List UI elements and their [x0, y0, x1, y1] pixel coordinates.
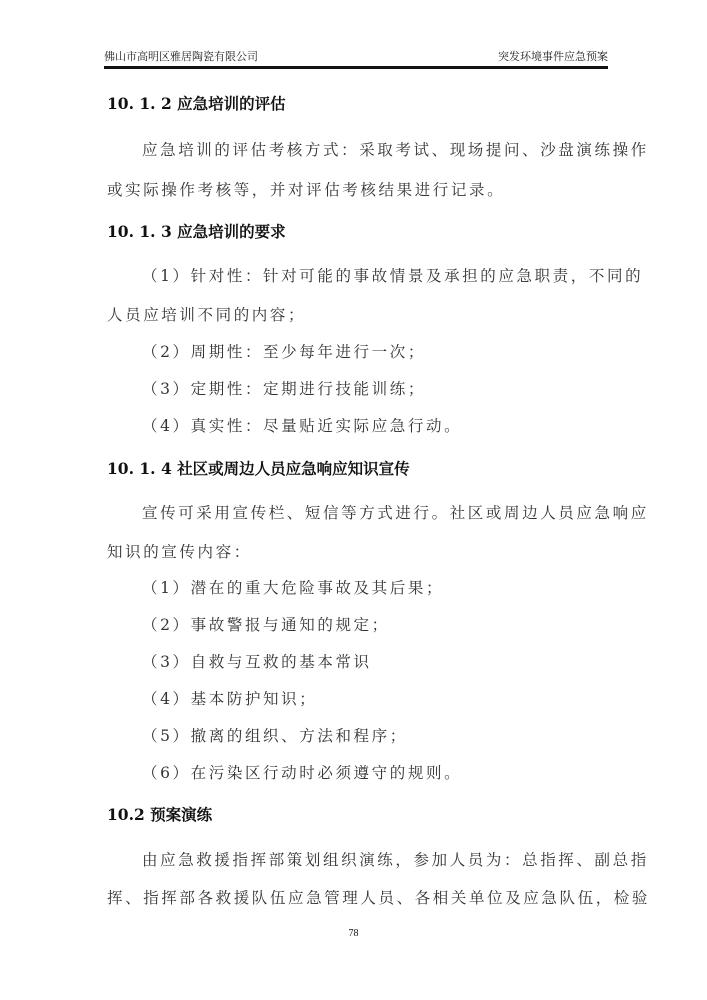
paragraph-line: 知识的宣传内容： [107, 540, 252, 562]
list-item: （2）事故警报与通知的规定； [142, 613, 390, 635]
list-item: （6）在污染区行动时必须遵守的规则。 [142, 761, 462, 783]
page-number: 78 [0, 928, 707, 939]
section-heading-10-1-2: 10. 1. 2 应急培训的评估 [107, 92, 286, 114]
header-rule [104, 66, 608, 69]
paragraph-line: 人员应培训不同的内容； [107, 303, 306, 325]
list-item: （2）周期性：至少每年进行一次； [142, 340, 426, 362]
list-item: （5）撤离的组织、方法和程序； [142, 724, 408, 746]
paragraph-line: 应急培训的评估考核方式：采取考试、现场提问、沙盘演练操作 [142, 138, 649, 160]
paragraph-line: 由应急救援指挥部策划组织演练，参加人员为：总指挥、副总指 [142, 848, 649, 870]
paragraph-line: 挥、指挥部各救援队伍应急管理人员、各相关单位及应急队伍，检验 [107, 886, 650, 908]
list-item: （1）潜在的重大危险事故及其后果； [142, 576, 444, 598]
paragraph-line: 宣传可采用宣传栏、短信等方式进行。社区或周边人员应急响应 [142, 501, 649, 523]
list-item: （4）基本防护知识； [142, 687, 317, 709]
section-heading-10-2: 10.2 预案演练 [107, 803, 212, 825]
header-company: 佛山市高明区雅居陶瓷有限公司 [104, 48, 258, 64]
list-item: （4）真实性：尽量贴近实际应急行动。 [142, 414, 462, 436]
section-heading-10-1-4: 10. 1. 4 社区或周边人员应急响应知识宣传 [107, 457, 410, 479]
paragraph-line: 或实际操作考核等，并对评估考核结果进行记录。 [107, 178, 505, 200]
list-item: （1）针对性：针对可能的事故情景及承担的应急职责，不同的 [142, 264, 643, 286]
section-heading-10-1-3: 10. 1. 3 应急培训的要求 [107, 220, 286, 242]
page-header: 佛山市高明区雅居陶瓷有限公司 突发环境事件应急预案 [104, 46, 608, 66]
list-item: （3）自救与互救的基本常识 [142, 650, 372, 672]
header-document-title: 突发环境事件应急预案 [498, 48, 608, 64]
list-item: （3）定期性：定期进行技能训练； [142, 377, 426, 399]
